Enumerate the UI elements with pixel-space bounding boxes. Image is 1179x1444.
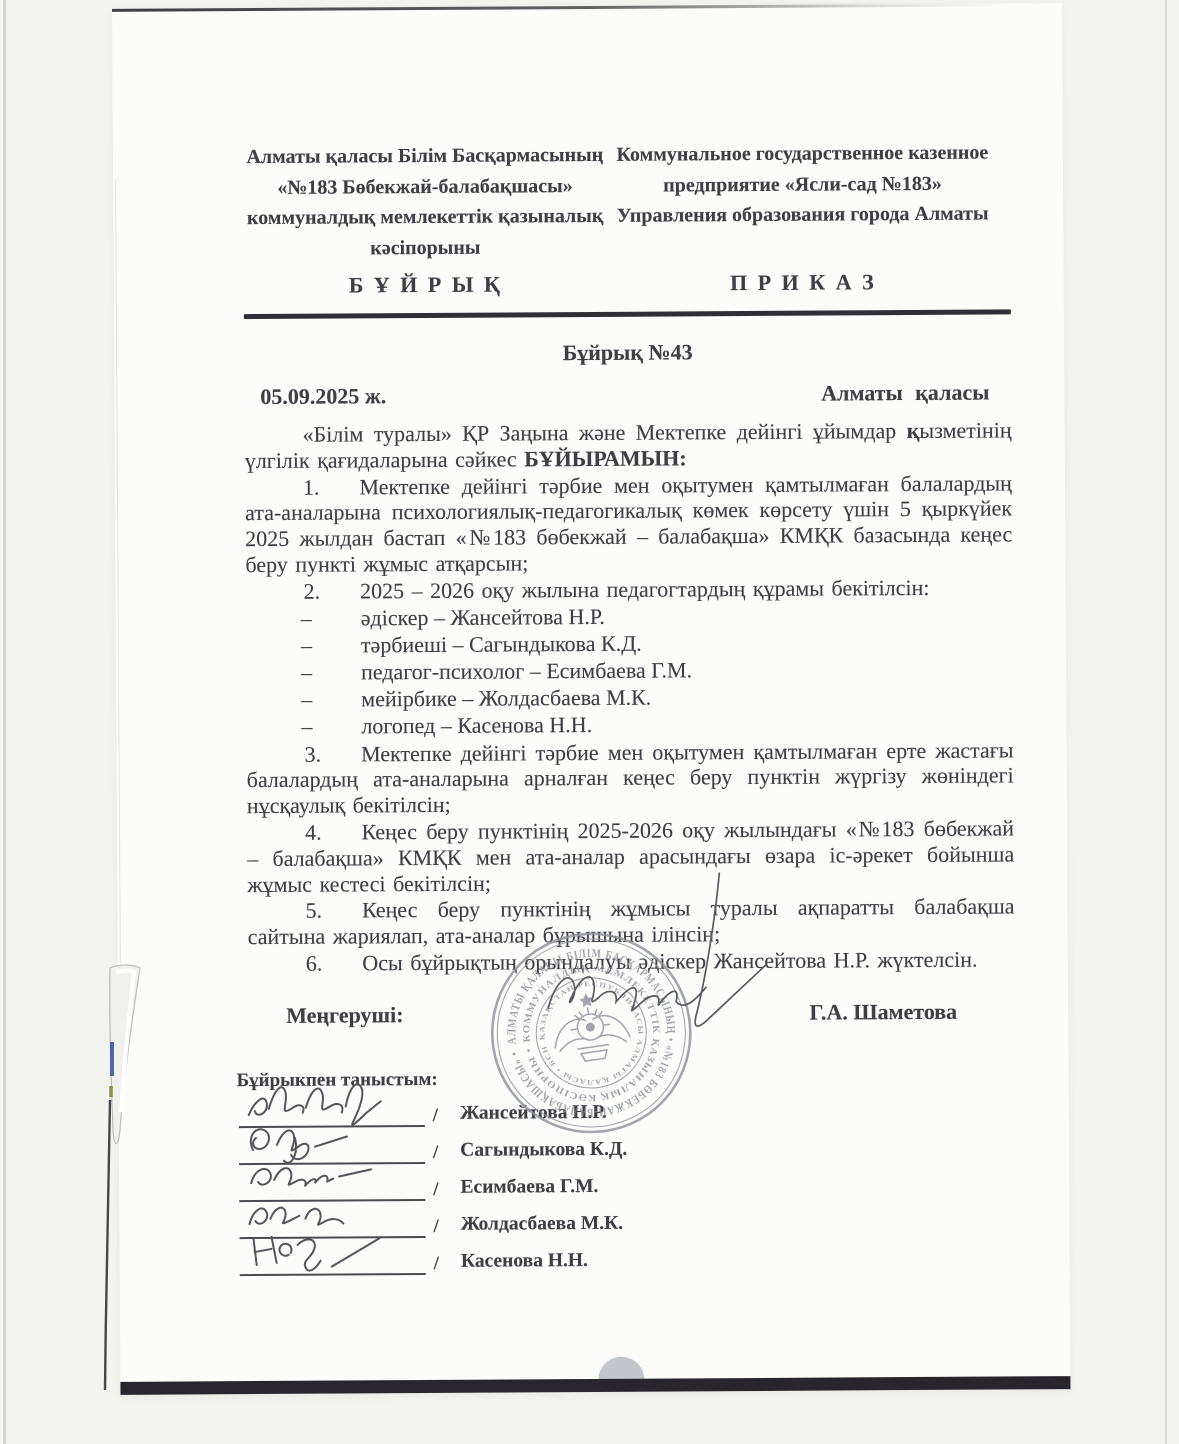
letterhead-line: Алматы қаласы Білім Басқармасының — [243, 140, 607, 173]
order-city: Алматы қаласы — [821, 380, 989, 407]
scanned-photo: Алматы қаласы Білім Басқармасының «№183 … — [0, 0, 1179, 1444]
staff-list-item: –логопед – Касенова Н.Н. — [246, 709, 1013, 741]
doc-type-kazakh: Б Ұ Й Р Ы Қ — [244, 271, 608, 299]
letterhead: Алматы қаласы Білім Басқармасының «№183 … — [243, 137, 1011, 264]
letterhead-line: Коммунальное государственное казенное — [607, 137, 998, 170]
date-city-row: 05.09.2025 ж. Алматы қаласы — [244, 379, 1011, 410]
separator: / — [433, 1142, 438, 1164]
resolution-word: БҰЙЫРАМЫН: — [524, 445, 687, 471]
letterhead-line: коммуналдық мемлекеттік қазыналық — [243, 201, 607, 234]
letterhead-kazakh: Алматы қаласы Білім Басқармасының «№183 … — [243, 140, 608, 264]
letterhead-line: Управления образования города Алматы — [607, 198, 998, 231]
document-page: Алматы қаласы Білім Басқармасының «№183 … — [112, 3, 1070, 1395]
approver-role: Меңгеруші: — [286, 1002, 404, 1029]
order-item-1: 1.Мектепке дейінгі тәрбие мен оқытумен қ… — [245, 470, 1013, 578]
separator: / — [434, 1253, 439, 1275]
order-item-2: 2.2025 – 2026 оқу жылына педагогтардың қ… — [245, 574, 1012, 604]
approver-name: Г.А. Шаметова — [809, 999, 957, 1026]
order-date: 05.09.2025 ж. — [260, 383, 386, 410]
letterhead-line: кәсіпорыны — [243, 231, 607, 264]
separator: / — [433, 1216, 438, 1238]
letterhead-russian: Коммунальное государственное казенное пр… — [607, 137, 999, 261]
page-bottom-edge — [120, 1376, 1070, 1395]
preamble: «Білім туралы» ҚР Заңына және Мектепке д… — [245, 417, 1012, 473]
doc-type-row: Б Ұ Й Р Ы Қ П Р И К А З — [244, 259, 1011, 299]
header-rule — [244, 309, 1011, 319]
pen-clip-object — [96, 962, 160, 1398]
letterhead-line: предприятие «Ясли-сад №183» — [607, 168, 998, 201]
acknowledgement-name: Касенова Н.Н. — [461, 1250, 588, 1273]
scan-right-edge — [1165, 0, 1167, 1444]
letterhead-line: «№183 Бөбекжай-балабақшасы» — [243, 170, 607, 203]
order-number-title: Бұйрық №43 — [244, 337, 1011, 368]
handwritten-signature — [243, 1224, 418, 1277]
separator: / — [433, 1179, 438, 1201]
separator: / — [433, 1105, 438, 1127]
scan-left-edge — [3, 0, 6, 1444]
director-signature — [535, 867, 786, 1059]
order-item-3: 3.Мектепке дейінгі тәрбие мен оқытумен қ… — [246, 737, 1013, 819]
acknowledgement-row: /Касенова Н.Н. — [240, 1238, 1017, 1280]
doc-type-russian: П Р И К А З — [607, 268, 998, 296]
acknowledgement-name: Жолдасбаева М.К. — [461, 1213, 624, 1236]
acknowledgement-name: Есимбаева Г.М. — [460, 1176, 598, 1199]
